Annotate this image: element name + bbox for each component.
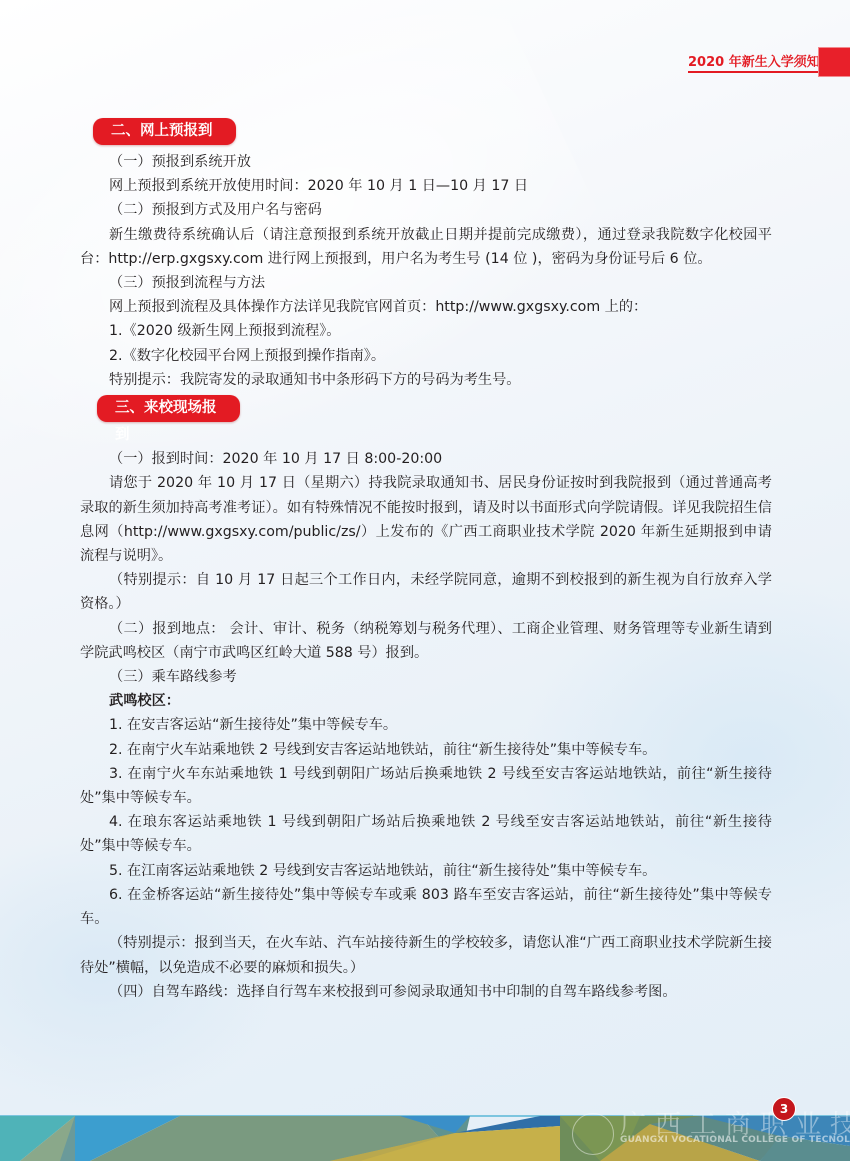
section-badge-onsite-registration: 三、来校现场报到 [97, 395, 240, 422]
running-header-title: 2020 年新生入学须知 [688, 51, 820, 73]
paragraph: 网上预报到流程及具体操作方法详见我院官网首页：http://www.gxgsxy… [80, 295, 772, 319]
list-item: 2.《数字化校园平台网上预报到操作指南》。 [80, 344, 772, 368]
college-name-en: GUANGXI VOCATIONAL COLLEGE OF TECNOLOGY … [620, 1135, 850, 1145]
section-badge-online-preregistration: 二、网上预报到 [93, 118, 236, 145]
document-body: 二、网上预报到 （一）预报到系统开放 网上预报到系统开放使用时间：2020 年 … [80, 118, 772, 1004]
paragraph: （四）自驾车路线：选择自行驾车来校报到可参阅录取通知书中印制的自驾车路线参考图。 [80, 980, 772, 1004]
page-number-badge: 3 [772, 1097, 796, 1121]
list-item: 1.《2020 级新生网上预报到流程》。 [80, 319, 772, 343]
campus-label: 武鸣校区： [80, 689, 772, 713]
special-note: 特别提示：我院寄发的录取通知书中条形码下方的号码为考生号。 [80, 368, 772, 392]
subheading: （二）预报到方式及用户名与密码 [80, 198, 772, 222]
subheading: （三）预报到流程与方法 [80, 271, 772, 295]
route-item: 4. 在琅东客运站乘地铁 1 号线到朝阳广场站后换乘地铁 2 号线至安吉客运站地… [80, 810, 772, 858]
subheading: （一）预报到系统开放 [80, 150, 772, 174]
college-logo-icon [572, 1113, 614, 1155]
special-note: （特别提示：报到当天，在火车站、汽车站接待新生的学校较多，请您认准“广西工商职业… [80, 931, 772, 979]
paragraph: （二）报到地点： 会计、审计、税务（纳税筹划与税务代理）、工商企业管理、财务管理… [80, 617, 772, 665]
subheading: （三）乘车路线参考 [80, 665, 772, 689]
route-item: 1. 在安吉客运站“新生接待处”集中等候专车。 [80, 713, 772, 737]
paragraph: 请您于 2020 年 10 月 17 日（星期六）持我院录取通知书、居民身份证按… [80, 471, 772, 568]
route-item: 6. 在金桥客运站“新生接待处”集中等候专车或乘 803 路车至安吉客运站，前往… [80, 883, 772, 931]
route-item: 5. 在江南客运站乘地铁 2 号线到安吉客运站地铁站，前往“新生接待处”集中等候… [80, 859, 772, 883]
paragraph: 网上预报到系统开放使用时间：2020 年 10 月 1 日—10 月 17 日 [80, 174, 772, 198]
route-item: 2. 在南宁火车站乘地铁 2 号线到安吉客运站地铁站，前往“新生接待处”集中等候… [80, 738, 772, 762]
special-note: （特别提示：自 10 月 17 日起三个工作日内，未经学院同意，逾期不到校报到的… [80, 568, 772, 616]
header-red-tab [818, 47, 850, 77]
route-item: 3. 在南宁火车东站乘地铁 1 号线到朝阳广场站后换乘地铁 2 号线至安吉客运站… [80, 762, 772, 810]
subheading: （一）报到时间：2020 年 10 月 17 日 8:00-20:00 [80, 447, 772, 471]
paragraph: 新生缴费待系统确认后（请注意预报到系统开放截止日期并提前完成缴费），通过登录我院… [80, 223, 772, 271]
